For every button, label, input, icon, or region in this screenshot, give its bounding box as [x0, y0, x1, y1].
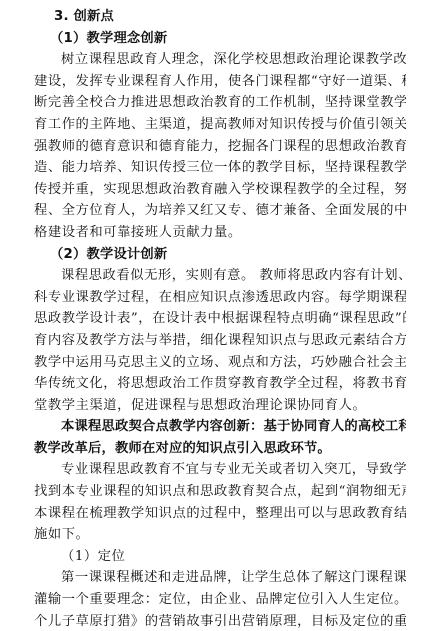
paragraph-line: 施如下。: [34, 524, 406, 546]
paragraph-line: 造、能力培养、知识传授三位一体的教学目标，坚持课程教学中价值引领与知识: [34, 157, 406, 179]
paragraph-line: 华传统文化，将思想政治工作贯穿教育教学全过程，将教书育人的内涵落实在课: [34, 373, 406, 395]
paragraph-line: 断完善全校合力推进思想政治教育的工作机制，坚持课堂教学为学校思想政治教: [34, 92, 406, 114]
paragraph-line: 第一课课程概述和走进品牌，让学生总体了解这门课程课程的同时，向学生: [34, 567, 406, 589]
paragraph-line: 育内容及教学方法与举措，细化课程知识点与思政元素结合方式，在工科专业课: [34, 330, 406, 352]
bold-paragraph-line: 教学改革后，教师在对应的知识点引入思政环节。: [34, 438, 406, 460]
bold-paragraph-line: 本课程思政契合点教学内容创新：基于协同育人的高校工科专业课程思政: [34, 416, 406, 438]
document-page: 3. 创新点 （1）教学理念创新 树立课程思政育人理念，深化学校思想政治理论课教…: [34, 6, 406, 631]
paragraph-line: 教学中运用马克思主义的立场、观点和方法，巧妙融合社会主义核心价值观和中: [34, 352, 406, 374]
paragraph-line: 树立课程思政育人理念，深化学校思想政治理论课教学改革，加强通识课程: [34, 49, 406, 71]
paragraph-line: 专业课程思政教育不宜与专业无关或者切入突兀，导致学生的反感，而应该: [34, 459, 406, 481]
paragraph-line: 个儿子草原打猎》的营销故事引出营销原理，目标及定位的重要性。企业、品牌: [34, 611, 406, 631]
paragraph-line: 课程思政看似无形，实则有意。 教师将思政内容有计划、有目的地融入工: [34, 265, 406, 287]
paragraph-line: 程、全方位育人，为培养又红又专、德才兼备、全面发展的中国特色社会主义合: [34, 200, 406, 222]
section-heading: 3. 创新点: [34, 6, 406, 28]
paragraph-line: 强教师的德育意识和德育能力，挖掘各门课程的思想政治教育资源，实践价值塑: [34, 136, 406, 158]
subsection-heading-teaching-design: （2）教学设计创新: [34, 244, 406, 266]
paragraph-line: 科专业课教学过程，在相应知识点渗透思政内容。每学期课程开始前完成“课程: [34, 287, 406, 309]
subsection-heading-teaching-concept: （1）教学理念创新: [34, 28, 406, 50]
paragraph-line: 传授并重，实现思想政治教育融入学校课程教学的全过程，努力推进全员、全过: [34, 179, 406, 201]
item-heading-positioning: （1）定位: [34, 546, 406, 568]
paragraph-line: 格建设者和可靠接班人贡献力量。: [34, 222, 406, 244]
paragraph-line: 育工作的主阵地、主渠道，提高教师对知识传授与价值引领关系的正确认识，增: [34, 114, 406, 136]
paragraph-line: 本课程在梳理教学知识点的过程中，整理出可以与思政教育结合的契合点计划实: [34, 503, 406, 525]
paragraph-line: 灌输一个重要理念：定位，由企业、品牌定位引入人生定位。从《一个猎人带三: [34, 589, 406, 611]
paragraph-line: 堂教学主渠道，促进课程与思想政治理论课协同育人。: [34, 395, 406, 417]
paragraph-line: 找到本专业课程的知识点和思政教育契合点，起到“润物细无声”的教育效果。: [34, 481, 406, 503]
paragraph-line: 建设，发挥专业课程育人作用，使各门课程都“守好一道渠、种好责任田”。不: [34, 71, 406, 93]
paragraph-line: 思政教学设计表”，在设计表中根据课程特点明确“课程思政”的教学目标、教: [34, 308, 406, 330]
